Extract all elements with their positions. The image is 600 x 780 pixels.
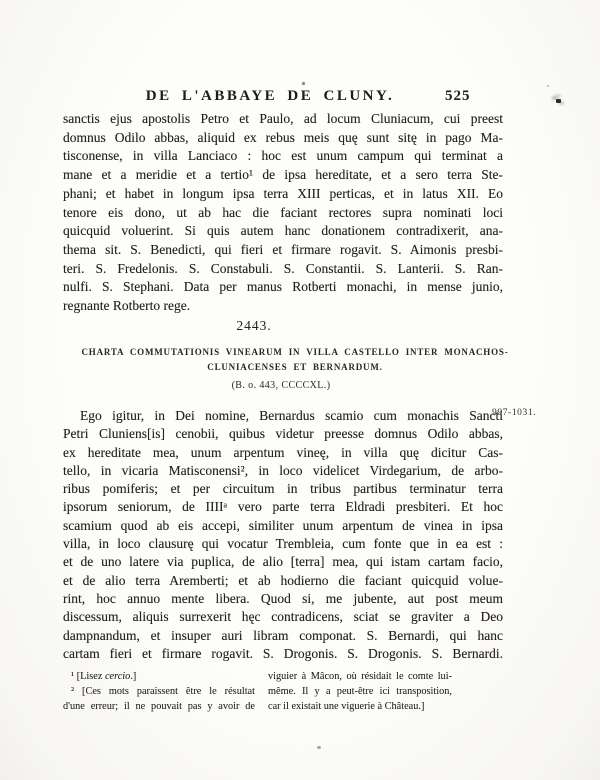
footnotes-left-column: ¹ [Lisez cercio.] ² [Ces mots paraissent… — [63, 669, 255, 715]
text-line: ² [Ces mots paraissent être le résultat — [63, 684, 255, 699]
page-number: 525 — [445, 88, 471, 105]
text-line: discessum, aliquis surrexerit hęc contra… — [63, 608, 503, 626]
text-line: thema sit. S. Benedicti, qui fieri et fi… — [63, 241, 503, 260]
text-line: cartam fieri et firmare rogavit. S. Drog… — [63, 645, 503, 663]
charter-number: 2443. — [34, 318, 474, 334]
text-line: mane et a meridie et a tertio¹ de ipsa h… — [63, 166, 503, 185]
charter-2443-body-paragraph: Ego igitur, in Dei nomine, Bernardus sca… — [63, 407, 503, 663]
text-line: teri. S. Fredelonis. S. Constabuli. S. C… — [63, 260, 503, 279]
text-line: ribus pomiferis; et per circuitum in tri… — [63, 480, 503, 498]
text-line: tenore eis dono, ut ab hac die faciant r… — [63, 204, 503, 223]
text-line: domnus Odilo abbas, aliquid ex rebus mei… — [63, 129, 503, 148]
text-line: quicquid voluerint. Si quis autem hanc d… — [63, 222, 503, 241]
text-line: scamium quod ab eis accepi, similiter un… — [63, 517, 503, 535]
text-line: sanctis ejus apostolis Petro et Paulo, a… — [63, 110, 503, 129]
text-line: tello, in vicaria Matisconensi², in loco… — [63, 462, 503, 480]
text-line: regnante Rotberto rege. — [63, 297, 503, 316]
text-line: rint, hoc annuo mente libera. Quod si, m… — [63, 590, 503, 608]
footnote-1-closing: .] — [130, 671, 136, 682]
text-line: d'une erreur; il ne pouvait pas y avoir … — [63, 699, 255, 714]
footnote-1: ¹ [Lisez cercio.] — [63, 669, 255, 684]
text-line: dampnandum, et insuper auri libram compo… — [63, 627, 503, 645]
charter-2442-continuation-paragraph: sanctis ejus apostolis Petro et Paulo, a… — [63, 110, 503, 316]
scanned-book-page: DE L'ABBAYE DE CLUNY. 525 sanctis ejus a… — [0, 0, 600, 780]
text-line: et de uno latere via puplica, de alio [t… — [63, 553, 503, 571]
text-line: ex hereditate mea, unum arpentum vineę, … — [63, 444, 503, 462]
text-line: car il existait une viguerie à Château.] — [268, 699, 452, 714]
footnote-1-italic-term: cercio — [105, 671, 130, 682]
scan-speck — [547, 85, 549, 87]
text-line: et de alio terra Aremberti; et ab hodier… — [63, 572, 503, 590]
text-line: Petri Cluniens[is] cenobii, quibus videt… — [63, 425, 503, 443]
charter-title-line2: CLUNIACENSES ET BERNARDUM. — [75, 362, 515, 372]
footnote-2: ² [Ces mots paraissent être le résultatd… — [63, 684, 255, 714]
scan-speck — [302, 82, 305, 85]
text-line: viguier à Mâcon, où résidait le comte lu… — [268, 669, 452, 684]
text-line: ipsorum seniorum, de IIIIᵃ vero parte te… — [63, 498, 503, 516]
running-header-title: DE L'ABBAYE DE CLUNY. — [50, 88, 490, 105]
text-line: Ego igitur, in Dei nomine, Bernardus sca… — [63, 407, 503, 425]
text-line: villa, in loco clausurę qui vocatur Trem… — [63, 535, 503, 553]
text-line: phani; et habet in longum ipsa terra XII… — [63, 185, 503, 204]
scan-speck — [556, 99, 561, 103]
text-line: même. Il y a peut-être ici transposition… — [268, 684, 452, 699]
charter-title-line1: CHARTA COMMUTATIONIS VINEARUM IN VILLA C… — [75, 347, 515, 357]
charter-source-reference: (B. o. 443, CCCCXL.) — [61, 380, 501, 391]
text-line: tisconense, in villa Lanciaco : hoc est … — [63, 147, 503, 166]
footnotes-right-column: viguier à Mâcon, où résidait le comte lu… — [268, 669, 452, 715]
footnote-1-text: ¹ [Lisez — [71, 671, 105, 682]
text-line: nulfi. S. Stephani. Data per manus Rotbe… — [63, 278, 503, 297]
scan-speck — [317, 746, 321, 749]
